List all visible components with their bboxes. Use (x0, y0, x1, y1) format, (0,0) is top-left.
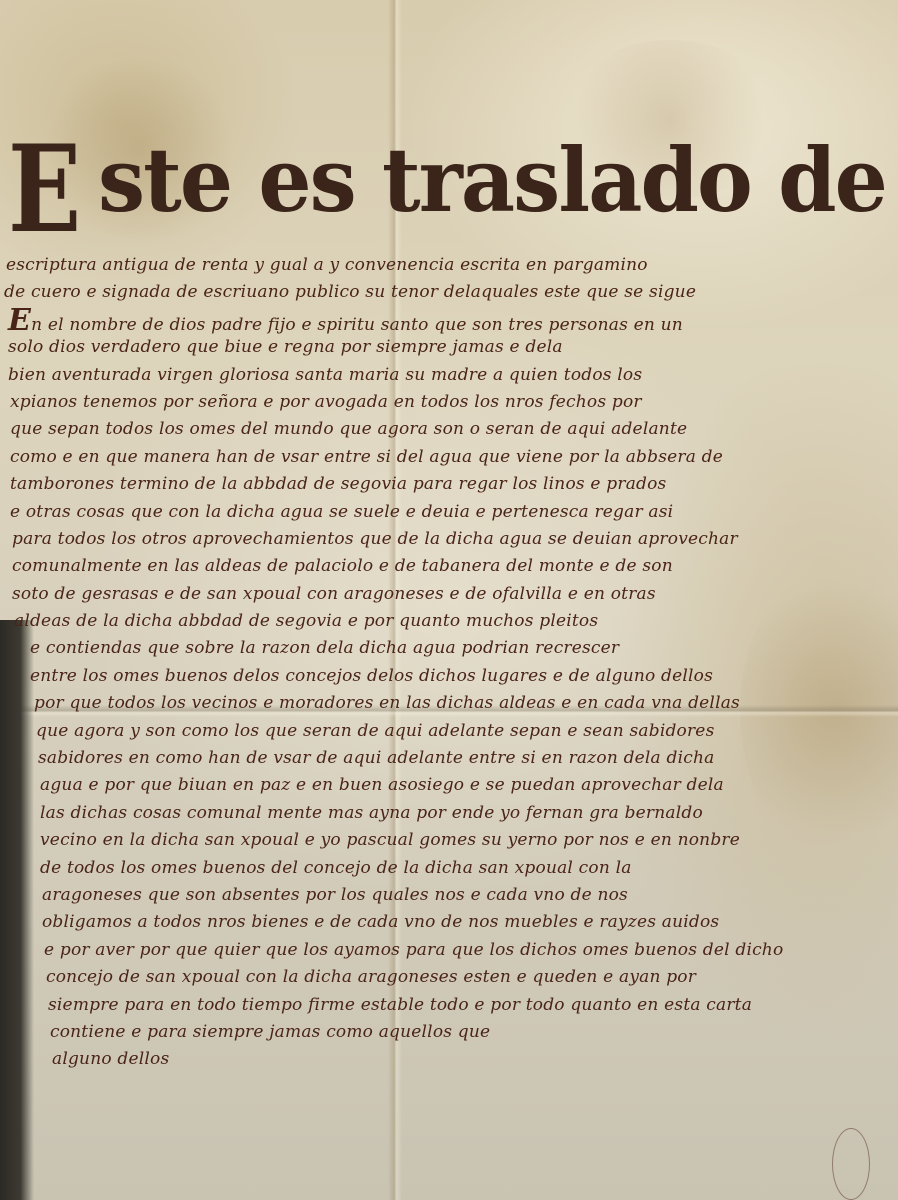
text-line: como e en que manera han de vsar entre s… (0, 444, 830, 471)
margin-flourish (832, 1128, 870, 1200)
text-line: que agora y son como los que seran de aq… (0, 718, 830, 745)
text-line: e por aver por que quier que los ayamos … (0, 937, 830, 964)
text-line: aragoneses que son absentes por los qual… (0, 882, 830, 909)
text-line: comunalmente en las aldeas de palaciolo … (0, 553, 830, 580)
decorated-initial: E (8, 130, 81, 250)
text-line: agua e por que biuan en paz e en buen as… (0, 772, 830, 799)
text-line: vecino en la dicha san xpoual e yo pascu… (0, 827, 830, 854)
text-line: de todos los omes buenos del concejo de … (0, 855, 830, 882)
text-line: contiene e para siempre jamas como aquel… (0, 1019, 830, 1046)
text-line: por que todos los vecinos e moradores en… (0, 690, 830, 717)
text-line: entre los omes buenos delos concejos del… (0, 663, 830, 690)
manuscript-heading: E ste es traslado de vna (8, 110, 828, 250)
manuscript-body: escriptura antigua de renta y gual a y c… (0, 252, 830, 1074)
text-line: de cuero e signada de escriuano publico … (0, 279, 830, 306)
text-line: En el nombre de dios padre fijo e spirit… (0, 307, 830, 334)
text-line: escriptura antigua de renta y gual a y c… (0, 252, 830, 279)
text-line: aldeas de la dicha abbdad de segovia e p… (0, 608, 830, 635)
text-line: siempre para en todo tiempo firme establ… (0, 992, 830, 1019)
text-line: xpianos tenemos por señora e por avogada… (0, 389, 830, 416)
text-line: alguno dellos (0, 1046, 830, 1073)
text-line: tamborones termino de la abbdad de segov… (0, 471, 830, 498)
text-line: soto de gesrasas e de san xpoual con ara… (0, 581, 830, 608)
heading-text: ste es traslado de vna (98, 130, 898, 230)
text-line: e otras cosas que con la dicha agua se s… (0, 499, 830, 526)
text-line: e contiendas que sobre la razon dela dic… (0, 635, 830, 662)
text-line: obligamos a todos nros bienes e de cada … (0, 909, 830, 936)
text-line: solo dios verdadero que biue e regna por… (0, 334, 830, 361)
text-line: que sepan todos los omes del mundo que a… (0, 416, 830, 443)
text-line: concejo de san xpoual con la dicha arago… (0, 964, 830, 991)
text-line: bien aventurada virgen gloriosa santa ma… (0, 362, 830, 389)
text-line: las dichas cosas comunal mente mas ayna … (0, 800, 830, 827)
text-line: para todos los otros aprovechamientos qu… (0, 526, 830, 553)
text-line: sabidores en como han de vsar de aqui ad… (0, 745, 830, 772)
